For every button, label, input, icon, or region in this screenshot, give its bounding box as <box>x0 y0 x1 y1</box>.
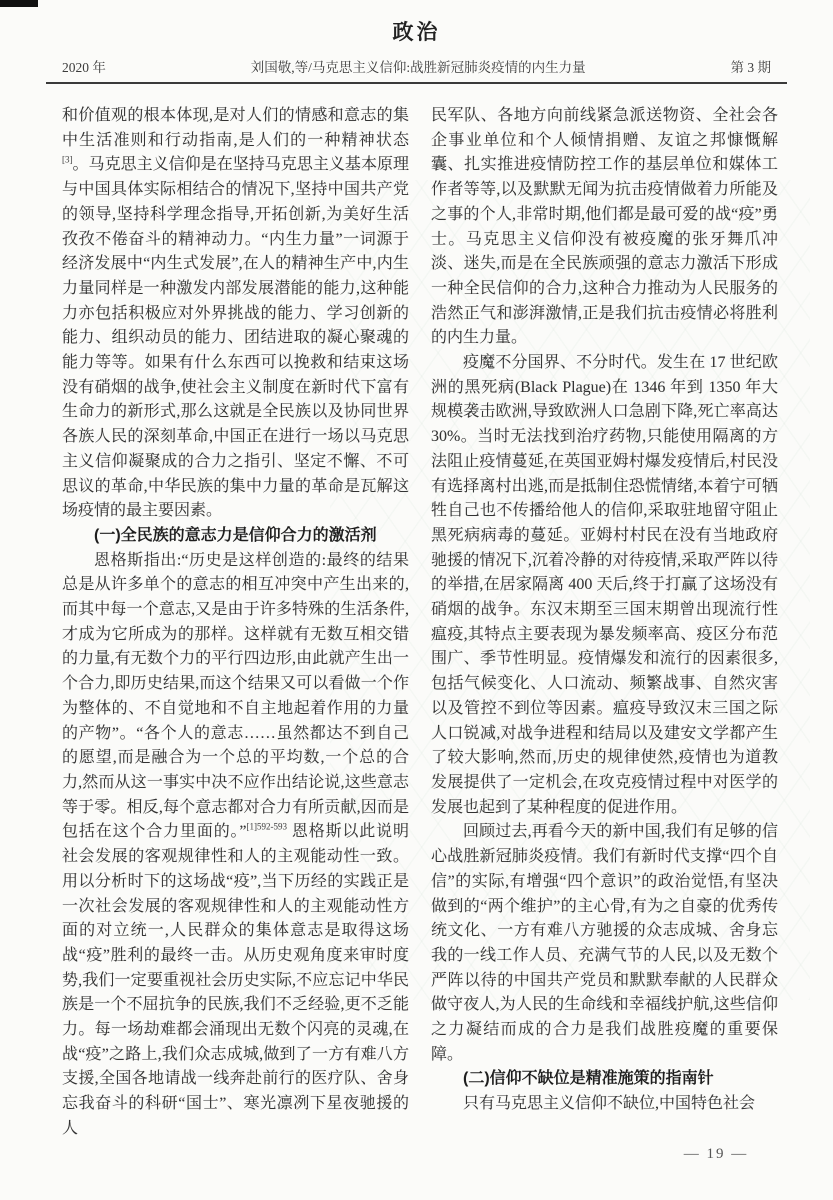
paragraph: 疫魔不分国界、不分时代。发生在 17 世纪欧洲的黑死病(Black Plague… <box>431 351 778 820</box>
paragraph: 和价值观的根本体现,是对人们的情感和意志的集中生活准则和行动指南,是人们的一种精… <box>62 104 409 524</box>
section-label: 政治 <box>0 16 833 46</box>
paragraph: 回顾过去,再看今天的新中国,我们有足够的信心战胜新冠肺炎疫情。我们有新时代支撑“… <box>431 820 778 1067</box>
article-body: 和价值观的根本体现,是对人们的情感和意志的集中生活准则和行动指南,是人们的一种精… <box>0 84 833 1142</box>
subsection-heading: (一)全民族的意志力是信仰合力的激活剂 <box>62 524 409 549</box>
column-left: 和价值观的根本体现,是对人们的情感和意志的集中生活准则和行动指南,是人们的一种精… <box>62 104 409 1142</box>
header-rule <box>46 82 787 84</box>
running-head-issue: 第 3 期 <box>731 56 786 76</box>
page-header: 政治 2020 年 刘国敬,等/马克思主义信仰:战胜新冠肺炎疫情的内生力量 第 … <box>0 0 833 84</box>
paragraph: 民军队、各地方向前线紧急派送物资、全社会各企事业单位和个人倾情捐赠、友谊之邦慷慨… <box>431 104 778 351</box>
paragraph: 恩格斯指出:“历史是这样创造的:最终的结果总是从许多单个的意志的相互冲突中产生出… <box>62 549 409 1142</box>
citation-superscript: [1]592-593 <box>247 822 288 832</box>
running-head-year: 2020 年 <box>48 56 106 76</box>
page-number: — 19 — <box>636 1146 796 1163</box>
column-right: 民军队、各地方向前线紧急派送物资、全社会各企事业单位和个人倾情捐赠、友谊之邦慷慨… <box>431 104 778 1142</box>
citation-superscript: [3] <box>62 155 73 165</box>
paragraph: 只有马克思主义信仰不缺位,中国特色社会 <box>431 1092 778 1117</box>
running-head: 2020 年 刘国敬,等/马克思主义信仰:战胜新冠肺炎疫情的内生力量 第 3 期 <box>48 56 785 76</box>
subsection-heading: (二)信仰不缺位是精准施策的指南针 <box>431 1067 778 1092</box>
running-head-title: 刘国敬,等/马克思主义信仰:战胜新冠肺炎疫情的内生力量 <box>106 56 731 76</box>
journal-page: 政治 2020 年 刘国敬,等/马克思主义信仰:战胜新冠肺炎疫情的内生力量 第 … <box>0 0 833 1200</box>
